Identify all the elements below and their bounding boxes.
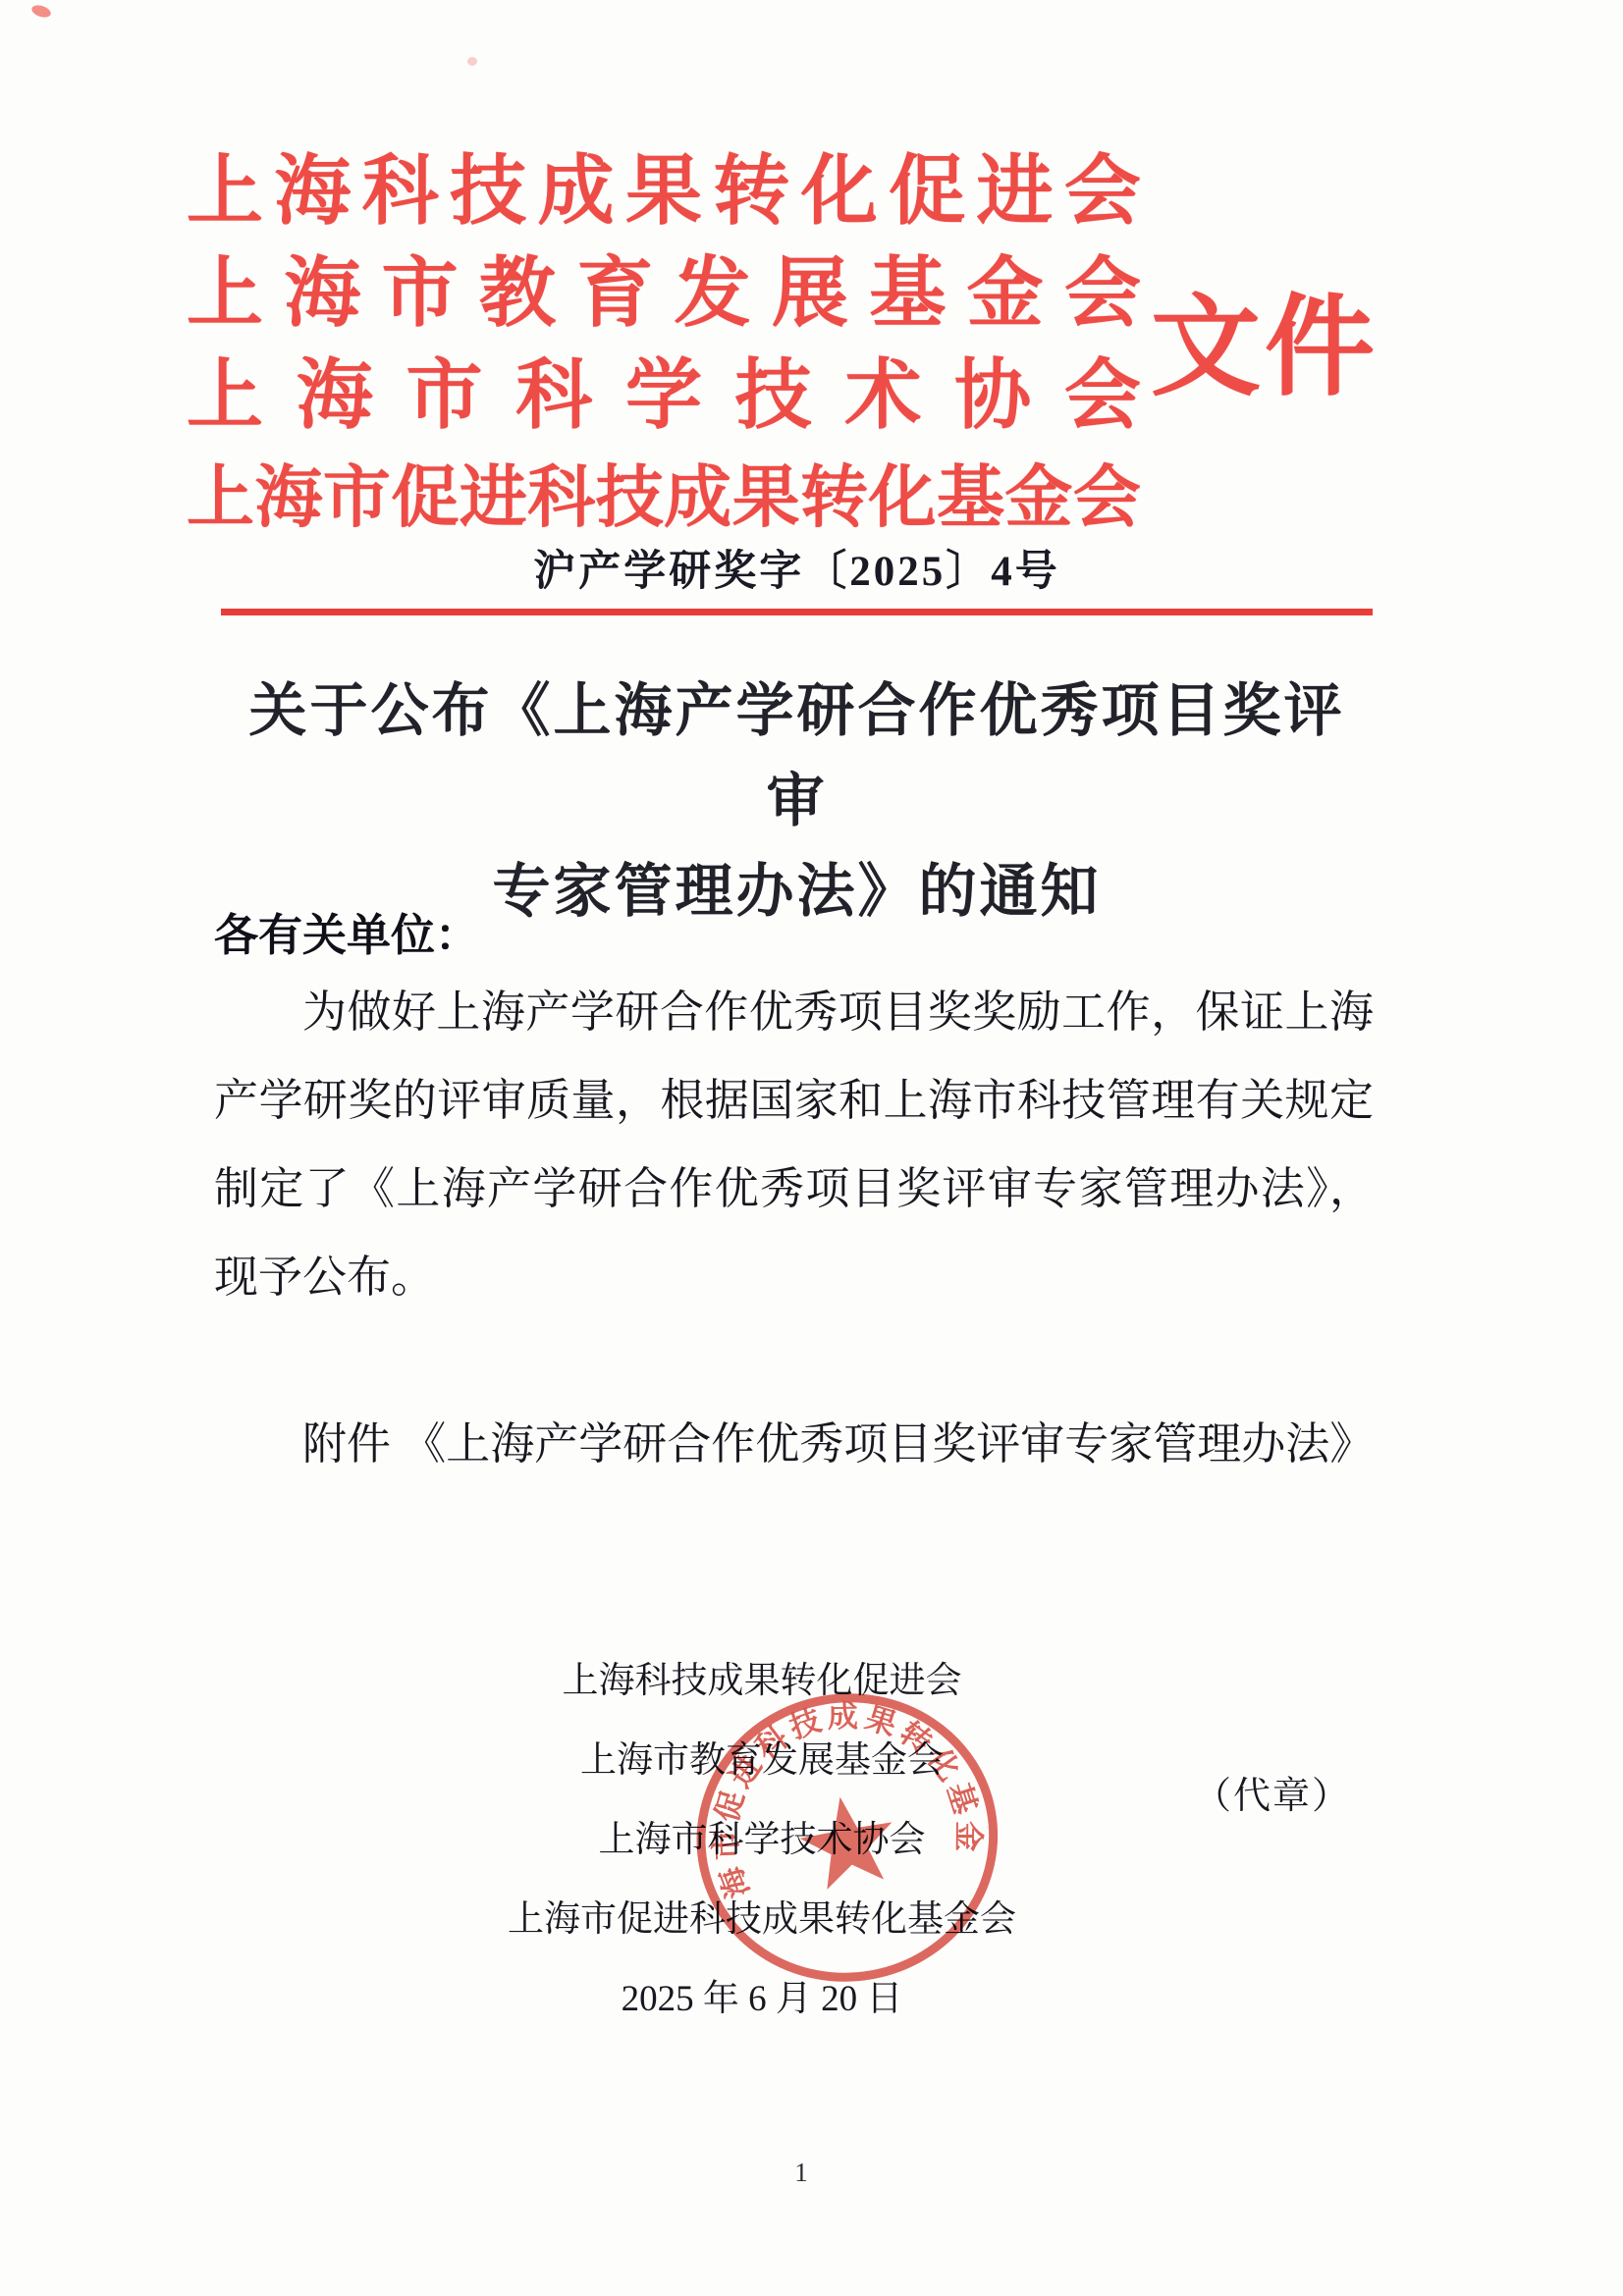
- seal-star-icon: [794, 1789, 901, 1893]
- seal-graphic: 上海市促进科技成果转化基金会: [664, 1655, 1030, 2021]
- notice-title: 关于公布《上海产学研合作优秀项目奖评审 专家管理办法》的通知: [221, 666, 1373, 936]
- scan-artifact: [30, 3, 52, 20]
- doc-type-label: 文件: [1151, 293, 1379, 402]
- body-line: 制定了《上海产学研合作优秀项目奖评审专家管理办法》，: [214, 1145, 1374, 1233]
- body-paragraph: 为做好上海产学研合作优秀项目奖奖励工作，保证上海 产学研奖的评审质量，根据国家和…: [214, 968, 1374, 1321]
- document-page: 上海科技成果转化促进会 上海市教育发展基金会 上海市科学技术协会 上海市促进科技…: [0, 0, 1623, 2296]
- page-number: 1: [772, 2158, 831, 2188]
- official-seal: 上海市促进科技成果转化基金会: [664, 1655, 1030, 2021]
- letterhead-org-4: 上海市促进科技成果转化基金会: [187, 446, 1141, 548]
- notice-title-line1: 关于公布《上海产学研合作优秀项目奖评审: [221, 666, 1373, 846]
- document-number: 沪产学研奖字〔2025〕4号: [221, 538, 1373, 598]
- letterhead-org-2: 上海市教育发展基金会: [187, 241, 1141, 344]
- body-line: 现予公布。: [214, 1233, 1374, 1321]
- salutation: 各有关单位：: [214, 899, 479, 963]
- letterhead-org-3: 上海市科学技术协会: [187, 344, 1141, 446]
- body-line: 产学研奖的评审质量，根据国家和上海市科技管理有关规定: [214, 1056, 1374, 1145]
- scan-artifact: [467, 57, 477, 66]
- seal-note: （代章）: [1194, 1765, 1351, 1819]
- divider-rule: [221, 609, 1373, 615]
- letterhead-org-1: 上海科技成果转化促进会: [187, 139, 1141, 241]
- body-line: 为做好上海产学研合作优秀项目奖奖励工作，保证上海: [214, 968, 1374, 1056]
- attachment-line: 附件 《上海产学研合作优秀项目奖评审专家管理办法》: [214, 1400, 1374, 1488]
- letterhead: 上海科技成果转化促进会 上海市教育发展基金会 上海市科学技术协会 上海市促进科技…: [187, 139, 1141, 548]
